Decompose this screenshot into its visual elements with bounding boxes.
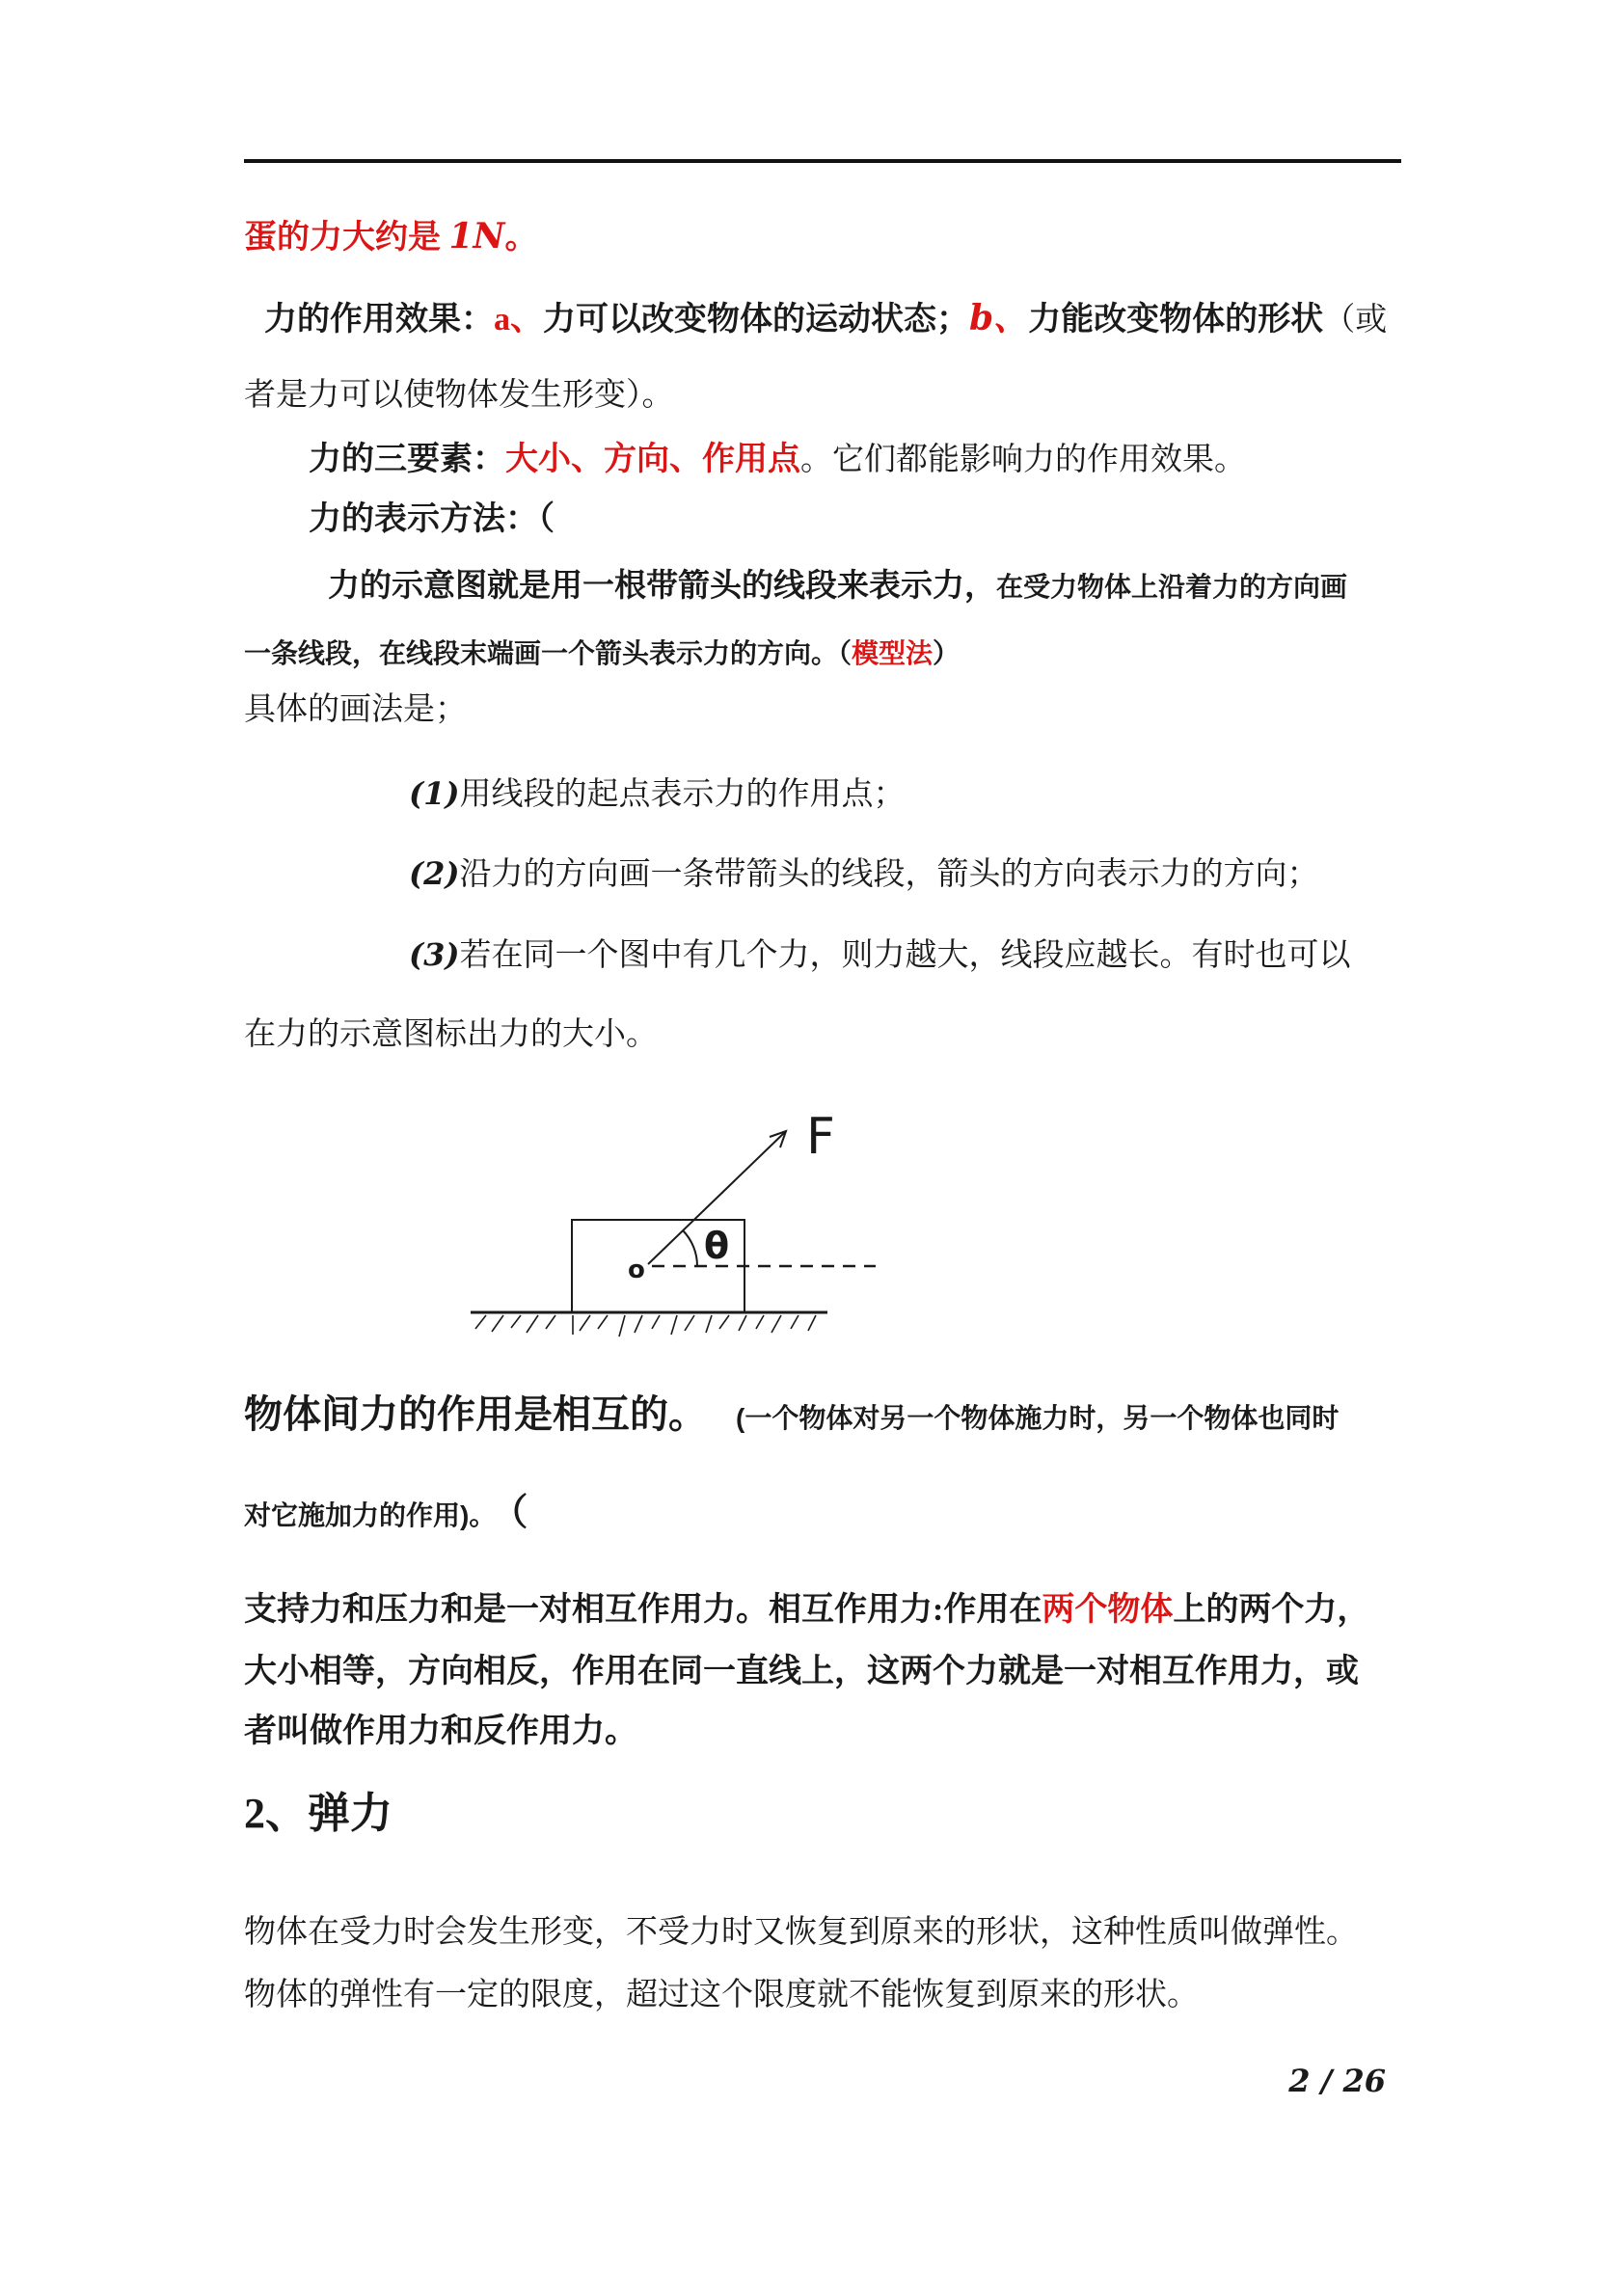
interaction-paren-line2: 对它施加力的作用)。 <box>244 1500 496 1530</box>
step-3-text: 若在同一个图中有几个力，则力越大，线段应越长。有时也可以 <box>460 938 1351 973</box>
schematic-line2-text: 一条线段，在线段末端画一个箭头表示力的方向。 <box>244 638 838 668</box>
egg-note-text: 蛋的力大约是 <box>244 220 449 256</box>
elasticity-line1-text: 物体在受力时会发生形变，不受力时又恢复到原来的形状，这种性质叫做弹性。 <box>244 1915 1358 1950</box>
mutual-force-line3: 者叫做作用力和反作用力。 <box>244 1713 637 1750</box>
page-number-text: 2 / 26 <box>1288 2063 1386 2099</box>
force-effect-lead: 力的作用效果： <box>264 302 494 337</box>
schematic-line2: 一条线段，在线段末端画一个箭头表示力的方向。（模型法） <box>244 638 960 669</box>
interaction-heading: 物体间力的作用是相互的。 <box>244 1392 707 1436</box>
step-3-continuation: 在力的示意图标出力的大小。 <box>244 1017 658 1054</box>
schematic-line1-main: 力的示意图就是用一根带箭头的线段来表示力， <box>328 569 996 604</box>
marker-a: a、 <box>494 302 543 337</box>
representation-line: 力的表示方法：（ <box>309 500 555 538</box>
egg-note-period: 。 <box>504 220 537 256</box>
force-effect-line2: 者是力可以使物体发生形变）。 <box>244 378 674 415</box>
mutual-line1-a: 支持力和压力和是一对相互作用力。相互作用力:作用在 <box>244 1592 1042 1628</box>
schematic-line1: 力的示意图就是用一根带箭头的线段来表示力，在受力物体上沿着力的方向画 <box>328 569 1347 606</box>
egg-note-value: 1N <box>449 216 505 256</box>
angle-label: θ <box>704 1225 729 1267</box>
interaction-dangling-paren: （ <box>509 1493 528 1533</box>
model-method-label: 模型法 <box>852 638 933 668</box>
force-effect-line2-text: 者是力可以使物体发生形变）。 <box>244 378 674 413</box>
three-elements-line: 力的三要素：大小、方向、作用点。它们都能影响力的作用效果。 <box>309 441 1246 479</box>
three-elements-items: 大小、方向、作用点 <box>505 442 800 477</box>
force-effect-a: 力可以改变物体的运动状态； <box>543 302 969 337</box>
step-3-num: (3) <box>409 936 460 973</box>
mutual-line2-text: 大小相等，方向相反，作用在同一直线上，这两个力就是一对相互作用力，或 <box>244 1654 1359 1689</box>
steps-intro: 具体的画法是； <box>244 692 467 729</box>
egg-force-note: 蛋的力大约是 1N。 <box>244 217 537 256</box>
page-number: 2 / 26 <box>1288 2064 1386 2099</box>
step-3: (3)若在同一个图中有几个力，则力越大，线段应越长。有时也可以 <box>409 937 1351 975</box>
model-paren-open: （ <box>838 638 852 668</box>
origin-label: o <box>628 1255 645 1284</box>
mutual-force-line2: 大小相等，方向相反，作用在同一直线上，这两个力就是一对相互作用力，或 <box>244 1653 1359 1690</box>
model-paren-close: ） <box>933 638 960 668</box>
elasticity-line2-text: 物体的弹性有一定的限度，超过这个限度就不能恢复到原来的形状。 <box>244 1978 1199 2012</box>
step-2: (2)沿力的方向画一条带箭头的线段，箭头的方向表示力的方向； <box>409 856 1319 894</box>
force-effect-line1: 力的作用效果：a、力可以改变物体的运动状态；b、力能改变物体的形状（或 <box>264 299 1387 339</box>
elasticity-line2: 物体的弹性有一定的限度，超过这个限度就不能恢复到原来的形状。 <box>244 1978 1199 2014</box>
section-heading-elastic: 2、弹力 <box>244 1790 392 1839</box>
step-1-text: 用线段的起点表示力的作用点； <box>460 777 906 812</box>
interaction-heading-line: 物体间力的作用是相互的。(一个物体对另一个物体施力时，另一个物体也同时 <box>244 1392 1339 1437</box>
mutual-line3-text: 者叫做作用力和反作用力。 <box>244 1714 637 1749</box>
interaction-line2: 对它施加力的作用)。（ <box>244 1493 528 1535</box>
steps-intro-text: 具体的画法是； <box>244 692 467 727</box>
mutual-red: 两个物体 <box>1042 1592 1173 1628</box>
force-label: F <box>806 1108 835 1166</box>
ground-hatching <box>475 1315 816 1336</box>
elastic-heading-text: 2、弹力 <box>244 1790 392 1837</box>
mutual-force-line1: 支持力和压力和是一对相互作用力。相互作用力:作用在两个物体上的两个力， <box>244 1591 1369 1629</box>
three-elements-lead: 力的三要素： <box>309 442 505 477</box>
force-effect-paren: （或 <box>1323 303 1387 337</box>
marker-b: b、 <box>969 298 1028 338</box>
representation-text: 力的表示方法：（ <box>309 501 555 537</box>
interaction-paren-line1: (一个物体对另一个物体施力时，另一个物体也同时 <box>736 1403 1339 1433</box>
three-elements-tail: 。它们都能影响力的作用效果。 <box>800 443 1246 477</box>
force-effect-b: 力能改变物体的形状 <box>1028 302 1323 337</box>
step-2-text: 沿力的方向画一条带箭头的线段，箭头的方向表示力的方向； <box>460 857 1319 892</box>
mutual-line1-b: 上的两个力， <box>1173 1592 1369 1628</box>
step-1: (1)用线段的起点表示力的作用点； <box>409 776 906 814</box>
step-3-cont-text: 在力的示意图标出力的大小。 <box>244 1017 658 1052</box>
step-2-num: (2) <box>409 855 460 892</box>
document-page: 蛋的力大约是 1N。 力的作用效果：a、力可以改变物体的运动状态；b、力能改变物… <box>0 0 1624 2295</box>
step-1-num: (1) <box>409 775 460 812</box>
schematic-line1-rest: 在受力物体上沿着力的方向画 <box>996 572 1347 602</box>
force-diagram: o θ F <box>453 1088 897 1350</box>
header-rule <box>244 159 1401 163</box>
elasticity-line1: 物体在受力时会发生形变，不受力时又恢复到原来的形状，这种性质叫做弹性。 <box>244 1915 1358 1952</box>
